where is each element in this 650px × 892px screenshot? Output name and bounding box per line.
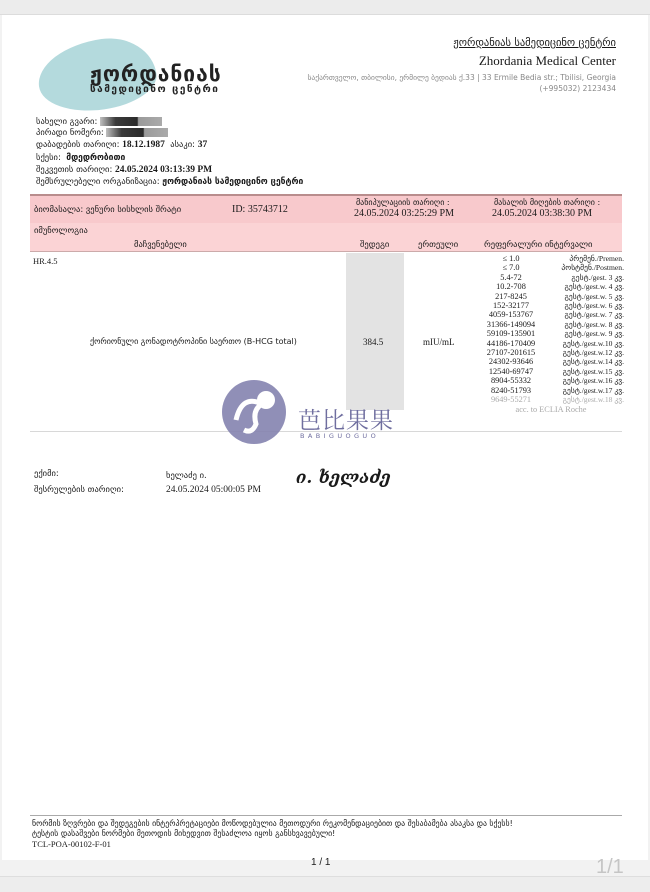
reference-condition: პოსტმენ./Postmen. [544,263,624,272]
org-value: ჟორდანიას სამედიცინო ცენტრი [162,177,303,187]
reference-range: ≤ 7.0 [478,263,544,272]
dob-value: 18.12.1987 [122,140,165,150]
age-label: ასაკი: [170,140,195,150]
reference-condition: გესტ./gest.w. 4 კვ. [544,282,624,291]
doctor-label: ექიმი: [34,469,59,479]
reference-condition: გესტ./gest.w.16 კვ. [544,376,624,385]
dob-label: დაბადების თარიღი: [36,140,119,150]
footer-note-2: ტესტის დასაშვები ნორმები მეთოდის მიხედვი… [32,829,335,838]
clinic-name-en: Zhordania Medical Center [479,53,616,69]
reference-range: 8904-55332 [478,376,544,385]
col-indicator: მაჩვენებელი [134,240,187,250]
col-unit: ერთეული [418,240,458,250]
reference-row: 24302-93646გესტ./gest.w.14 კვ. [478,357,624,366]
performed-date: 24.05.2024 05:00:05 PM [166,485,261,495]
reference-condition: გესტ./gest.w. 5 კვ. [544,292,624,301]
reference-condition: გესტ./gest.w. 6 კვ. [544,301,624,310]
reference-range: 5.4-72 [478,273,544,282]
order-label: შეკვეთის თარიღი: [36,165,112,175]
sex-value: მდედრობითი [66,153,125,163]
reference-range: 24302-93646 [478,357,544,366]
manipulation-label: მანიპულაციის თარიღი : [356,198,450,207]
test-unit: mIU/mL [423,337,455,347]
sex-label: სქესი: [36,153,61,163]
reference-row: 12540-69747გესტ./gest.w.15 კვ. [478,367,624,376]
sample-id: ID: 35743712 [232,204,288,215]
received-date: 24.05.2024 03:38:30 PM [492,208,592,219]
reference-condition: გესტ./gest.w. 8 კვ. [544,320,624,329]
patient-id-row: პირადი ნომერი: [36,128,168,138]
reference-row: 4059-153767გესტ./gest.w. 7 კვ. [478,310,624,319]
reference-row: 59109-135901გესტ./gest.w. 9 კვ. [478,329,624,338]
name-label: სახელი გვარი: [36,117,97,127]
performed-date-label: შესრულების თარიღი: [34,485,124,495]
reference-condition: პრემენ./Premen. [544,254,624,263]
footer-note-1: ნორმის ზღვრები და შედეგების ინტერპრეტაცი… [32,819,513,828]
sex-row: სქესი: მდედრობითი [36,153,125,163]
id-label: პირადი ნომერი: [36,128,104,138]
logo-title: ჟორდანიას [90,62,222,86]
reference-row: 9649-55271გესტ./gest.w.18 კვ. [478,395,624,404]
logo-subtitle: სამედიცინო ცენტრი [90,84,219,95]
viewer-bottom-bar [0,876,650,892]
reference-condition: გესტ./gest. 3 კვ. [544,273,624,282]
reference-row: 152-32177გესტ./gest.w. 6 კვ. [478,301,624,310]
reference-condition: გესტ./gest.w.18 კვ. [544,395,624,404]
reference-range: 59109-135901 [478,329,544,338]
reference-range: 12540-69747 [478,367,544,376]
reference-condition: გესტ./gest.w.14 კვ. [544,357,624,366]
reference-condition: გესტ./gest.w.17 კვ. [544,386,624,395]
form-code: TCL-POA-00102-F-01 [32,839,111,849]
dob-row: დაბადების თარიღი: 18.12.1987 ასაკი: 37 [36,140,207,150]
watermark-logo-icon [222,380,286,444]
reference-row: 8904-55332გესტ./gest.w.16 კვ. [478,376,624,385]
clinic-name-geo: ჟორდანიას სამედიცინო ცენტრი [453,37,616,49]
reference-row: ≤ 7.0პოსტმენ./Postmen. [478,263,624,272]
reference-range: ≤ 1.0 [478,254,544,263]
org-row: შემსრულებელი ორგანიზაცია: ჟორდანიას სამე… [36,177,303,187]
address-line: საქართველო, თბილისი, ერმილე ბედიას ქ.33 … [308,72,616,83]
reference-range: 27107-201615 [478,348,544,357]
reference-range: 4059-153767 [478,310,544,319]
biomaterial: ბიომასალა: ვენური სისხლის შრატი [34,205,181,215]
reference-row: ≤ 1.0პრემენ./Premen. [478,254,624,263]
reference-range: 8240-51793 [478,386,544,395]
redacted-id [106,128,168,137]
reference-range: 9649-55271 [478,395,544,404]
reference-condition: გესტ./gest.w. 7 კვ. [544,310,624,319]
page-indicator: 1 / 1 [311,857,330,868]
reference-condition: გესტ./gest.w. 9 კვ. [544,329,624,338]
order-date-row: შეკვეთის თარიღი: 24.05.2024 03:13:39 PM [36,165,212,175]
reference-condition: გესტ./gest.w.10 კვ. [544,339,624,348]
reference-condition: გესტ./gest.w.15 კვ. [544,367,624,376]
reference-note: acc. to ECLIA Roche [478,405,624,414]
reference-row: 27107-201615გესტ./gest.w.12 კვ. [478,348,624,357]
manipulation-date: 24.05.2024 03:25:29 PM [354,208,454,219]
org-label: შემსრულებელი ორგანიზაცია: [36,177,160,187]
reference-range: 10.2-708 [478,282,544,291]
section-title: იმუნოლოგია [34,226,88,236]
result-column-highlight [346,253,404,410]
reference-range: 217-8245 [478,292,544,301]
reference-row: 217-8245გესტ./gest.w. 5 კვ. [478,292,624,301]
received-label: მასალის მიღების თარიღი : [494,198,600,207]
reference-range: 44186-170409 [478,339,544,348]
test-result: 384.5 [363,337,383,347]
col-result: შედეგი [360,240,389,250]
footer-divider [30,815,622,816]
reference-range: 31366-149094 [478,320,544,329]
test-code: HR.4.5 [33,256,58,266]
doctor-name: ხელაძე ი. [166,471,207,481]
viewer-toolbar [0,0,650,15]
patient-name-row: სახელი გვარი: [36,117,162,127]
col-reference: რეფერალური ინტერვალი [484,240,592,250]
reference-intervals: ≤ 1.0პრემენ./Premen.≤ 7.0პოსტმენ./Postme… [478,254,624,414]
header-divider [30,251,622,252]
reference-row: 8240-51793გესტ./gest.w.17 კვ. [478,386,624,395]
phone-line: (+995032) 2123434 [308,83,616,94]
reference-condition: გესტ./gest.w.12 კვ. [544,348,624,357]
reference-range: 152-32177 [478,301,544,310]
reference-row: 44186-170409გესტ./gest.w.10 კვ. [478,339,624,348]
redacted-name [100,117,162,126]
clinic-address: საქართველო, თბილისი, ერმილე ბედიას ქ.33 … [308,72,616,94]
age-value: 37 [198,140,208,150]
order-date-value: 24.05.2024 03:13:39 PM [115,165,212,175]
signature: ი. ხელაძე [296,468,391,488]
watermark-subtext: BABIGUOGUO [300,432,379,440]
reference-row: 31366-149094გესტ./gest.w. 8 კვ. [478,320,624,329]
test-name: ქორიონული გონადოტროპინი საერთო (B-HCG to… [90,337,297,346]
watermark-text: 芭比果果 [298,402,394,435]
reference-row: 5.4-72გესტ./gest. 3 კვ. [478,273,624,282]
reference-row: 10.2-708გესტ./gest.w. 4 კვ. [478,282,624,291]
